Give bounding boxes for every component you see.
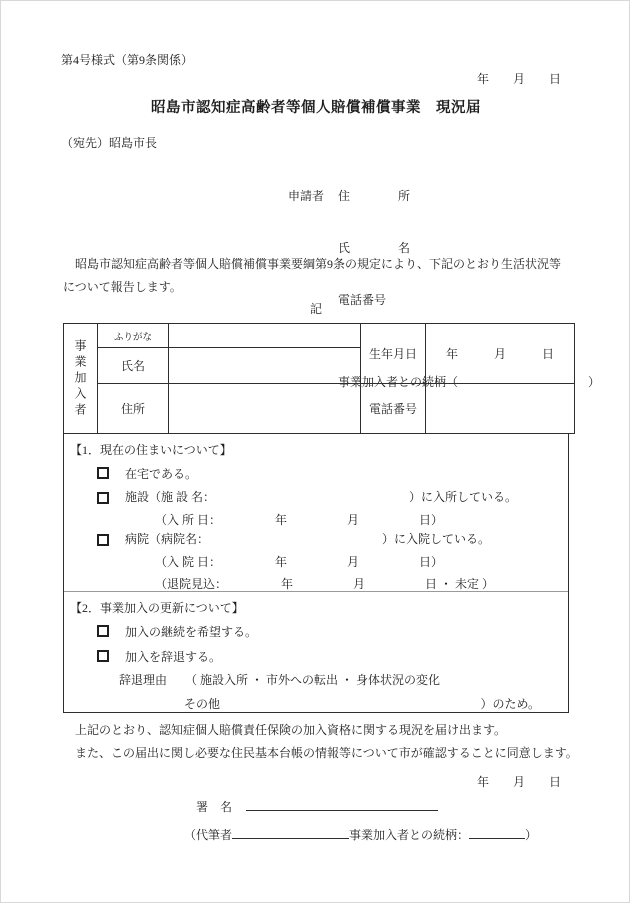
checkbox-hospital[interactable] bbox=[97, 534, 109, 546]
option-continue-row: 加入の継続を希望する。 bbox=[97, 625, 257, 640]
form-title: 昭島市認知症高齢者等個人賠償補償事業 現況届 bbox=[1, 99, 630, 117]
phone-label-cell: 電話番号 bbox=[361, 384, 426, 434]
address-input-cell[interactable] bbox=[169, 384, 361, 434]
record-mark: 記 bbox=[1, 302, 630, 317]
withdraw-reason-other-row: その他 ）のため。 bbox=[184, 697, 540, 712]
proxy-relation-input-line[interactable] bbox=[469, 825, 525, 839]
withdraw-reason-line: 辞退理由 （ 施設入所 ・ 市外への転出 ・ 身体状況の変化 bbox=[119, 673, 440, 688]
option-facility-label: 施設（施 設 名： bbox=[125, 490, 215, 505]
proxy-relation-label: 事業加入者との続柄： bbox=[349, 828, 469, 842]
signature-input-line[interactable] bbox=[246, 797, 438, 811]
phone-input-cell[interactable] bbox=[426, 384, 575, 434]
address-label-cell: 住所 bbox=[98, 384, 169, 434]
option-home-row: 在宅である。 bbox=[97, 467, 197, 482]
addressee: （宛先）昭島市長 bbox=[61, 136, 157, 151]
option-withdraw-row: 加入を辞退する。 bbox=[97, 650, 221, 665]
proxy-name-input-line[interactable] bbox=[232, 825, 349, 839]
admission-date-line: （入 所 日： 年 月 日） bbox=[155, 513, 443, 528]
option-facility-close: ）に入所している。 bbox=[409, 490, 517, 505]
option-facility-row: 施設（施 設 名： ）に入所している。 bbox=[97, 490, 517, 505]
applicant-name-label: 氏 名 bbox=[338, 241, 410, 255]
reason-other-label: その他 bbox=[184, 697, 220, 712]
hospitalization-date-line: （入 院 日： 年 月 日） bbox=[155, 555, 443, 570]
option-continue-label: 加入の継続を希望する。 bbox=[125, 625, 257, 639]
footer-statement-2: また、この届出に関し必要な住民基本台帳の情報等について市が確認することに同意しま… bbox=[63, 746, 578, 761]
header-date-line: 年 月 日 bbox=[477, 72, 561, 87]
birthdate-label-cell: 生年月日 bbox=[361, 324, 426, 384]
applicant-label: 申請者 bbox=[288, 189, 324, 203]
proxy-open-label: （代筆者 bbox=[184, 828, 232, 842]
name-label-cell: 氏名 bbox=[98, 348, 169, 384]
form-number: 第4号様式（第9条関係） bbox=[61, 53, 193, 68]
checkbox-home[interactable] bbox=[97, 467, 109, 479]
option-withdraw-label: 加入を辞退する。 bbox=[125, 650, 221, 664]
status-sections-box: 【1．現在の住まいについて】 在宅である。 施設（施 設 名： ）に入所している… bbox=[63, 434, 569, 713]
discharge-estimate-line: （退院見込： 年 月 日 ・ 未定 ） bbox=[155, 577, 494, 592]
member-column-label: 事業加入者 bbox=[64, 324, 98, 434]
option-home-label: 在宅である。 bbox=[125, 467, 197, 481]
section2-heading: 【2．事業加入の更新について】 bbox=[70, 601, 244, 616]
section1-heading: 【1．現在の住まいについて】 bbox=[70, 443, 232, 458]
section-divider bbox=[64, 591, 568, 592]
intro-line-1: 昭島市認知症高齢者等個人賠償補償事業要綱第9条の規定により、下記のとおり生活状況… bbox=[63, 257, 561, 272]
signature-row: 署 名 bbox=[196, 797, 438, 815]
signature-label: 署 名 bbox=[196, 800, 232, 814]
applicant-address-line: 申請者住 所 bbox=[288, 189, 600, 211]
proxy-row: （代筆者事業加入者との続柄：） bbox=[184, 825, 537, 843]
furigana-input-cell[interactable] bbox=[169, 324, 361, 348]
option-hospital-label: 病院（病院名： bbox=[125, 532, 209, 547]
checkbox-facility[interactable] bbox=[97, 492, 109, 504]
applicant-relation-close: ） bbox=[588, 375, 600, 390]
footer-statement-1: 上記のとおり、認知症個人賠償責任保険の加入資格に関する現況を届け出ます。 bbox=[63, 723, 506, 738]
footer-date-line: 年 月 日 bbox=[477, 775, 561, 790]
checkbox-continue[interactable] bbox=[97, 625, 109, 637]
applicant-address-label: 住 所 bbox=[338, 189, 410, 203]
option-hospital-close: ）に入院している。 bbox=[382, 532, 490, 547]
birthdate-value-cell[interactable]: 年 月 日 bbox=[426, 324, 575, 384]
form-page: 第4号様式（第9条関係） 年 月 日 昭島市認知症高齢者等個人賠償補償事業 現況… bbox=[0, 0, 630, 903]
checkbox-withdraw[interactable] bbox=[97, 650, 109, 662]
reason-close-label: ）のため。 bbox=[480, 697, 540, 712]
intro-line-2: について報告します。 bbox=[63, 280, 182, 295]
furigana-label-cell: ふりがな bbox=[98, 324, 169, 348]
proxy-close-label: ） bbox=[525, 828, 537, 842]
member-table: 事業加入者 ふりがな 生年月日 年 月 日 氏名 住所 電話番号 bbox=[63, 323, 575, 434]
option-hospital-row: 病院（病院名： ）に入院している。 bbox=[97, 532, 490, 547]
name-input-cell[interactable] bbox=[169, 348, 361, 384]
